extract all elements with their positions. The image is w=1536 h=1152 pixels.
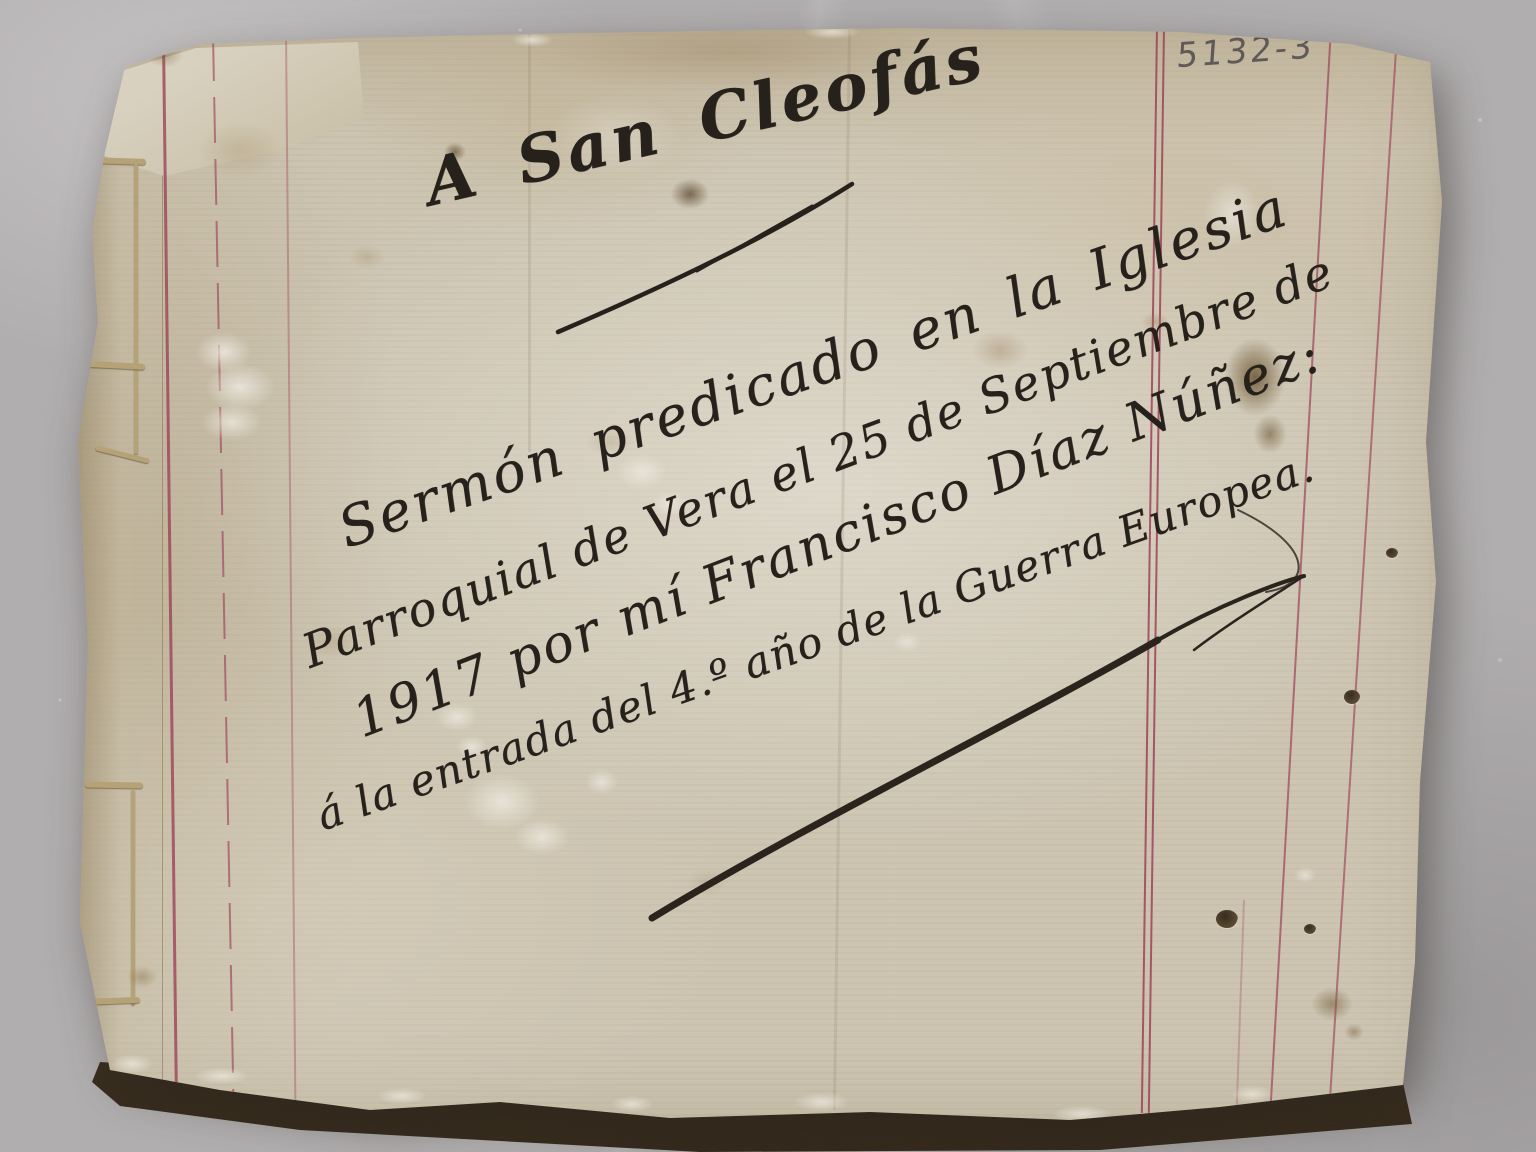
worm-hole bbox=[1304, 924, 1316, 934]
ruling-line-left-1 bbox=[162, 40, 177, 1096]
photo-background: 5132-3 A San Cleofás Sermón predicado en… bbox=[0, 0, 1536, 1152]
signature-flourish-hook-return bbox=[1194, 576, 1304, 650]
archive-number: 5132-3 bbox=[1175, 26, 1316, 76]
stitch-thread-vertical bbox=[131, 790, 135, 1005]
worm-hole bbox=[1386, 548, 1398, 558]
ruling-line-left-3 bbox=[285, 30, 296, 1115]
title-underline-flourish bbox=[558, 184, 852, 332]
ruling-line-left-2 bbox=[212, 35, 235, 1110]
signature-flourish-hairline bbox=[1238, 510, 1299, 592]
worm-hole bbox=[1344, 690, 1360, 704]
signature-flourish-hook bbox=[1158, 576, 1304, 640]
title-underline-flourish-double bbox=[697, 206, 812, 271]
stitch-thread-bar bbox=[85, 781, 143, 788]
ruling-line-right-faint bbox=[1235, 900, 1245, 1115]
fold-crease bbox=[833, 30, 851, 1110]
stitch-thread-vertical bbox=[134, 162, 138, 454]
manuscript-title: A San Cleofás bbox=[418, 19, 992, 221]
notebook: 5132-3 A San Cleofás Sermón predicado en… bbox=[0, 0, 1536, 1152]
cover-page: 5132-3 A San Cleofás Sermón predicado en… bbox=[70, 22, 1442, 1124]
spine-binding bbox=[70, 40, 163, 1106]
fold-crease bbox=[528, 32, 531, 452]
worm-hole bbox=[1216, 910, 1238, 928]
ruling-line-right-3 bbox=[1329, 34, 1398, 1100]
